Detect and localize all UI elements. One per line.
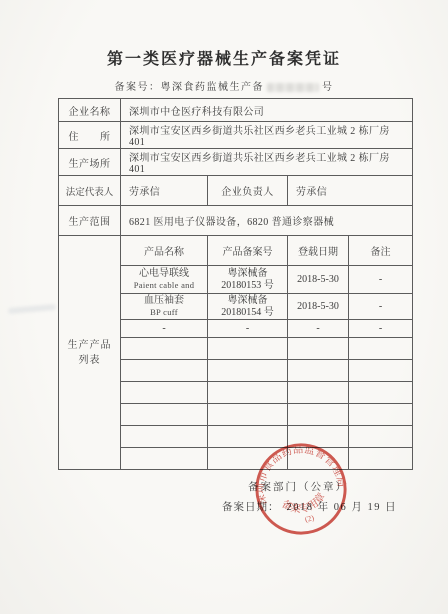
product-name-en: BP cuff: [125, 307, 203, 317]
certificate-page: 第一类医疗器械生产备案凭证 备案号：粤深食药监械生产备号 企业名称 深圳市中仓医…: [0, 0, 448, 614]
empty-cell: [349, 338, 413, 360]
address-label: 住 所: [59, 122, 121, 149]
product-name-cell: -: [121, 320, 208, 338]
product-name-cn: 血压袖套: [125, 295, 203, 307]
empty-cell: [349, 426, 413, 448]
enterprise-manager-label: 企业负责人: [208, 176, 288, 206]
reg-number-suffix: 号: [322, 82, 334, 93]
company-name-label: 企业名称: [59, 99, 121, 122]
empty-cell: [349, 448, 413, 470]
legal-representative-value: 劳承信: [121, 176, 208, 206]
empty-cell: [208, 360, 288, 382]
production-site-row: 生产场所 深圳市宝安区西乡街道共乐社区西乡老兵工业城 2 栋厂房 401: [59, 149, 413, 176]
product-reg-number: 20180153 号: [212, 280, 283, 292]
remarks-cell: -: [349, 320, 413, 338]
legal-representative-label: 法定代表人: [59, 176, 121, 206]
product-name-cell: 心电导联线 Paient cable and: [121, 266, 208, 294]
production-site-label: 生产场所: [59, 149, 121, 176]
empty-cell: [288, 426, 349, 448]
scan-smudge-artifact: [8, 304, 56, 314]
product-reg-no-cell: 粤深械备 20180153 号: [208, 266, 288, 294]
empty-cell: [208, 338, 288, 360]
empty-cell: [121, 382, 208, 404]
product-name-en: Paient cable and: [125, 280, 203, 290]
empty-cell: [121, 448, 208, 470]
reg-number-prefix: 粤深食药监械生产备: [161, 82, 265, 93]
col-header-product-reg-no: 产品备案号: [208, 236, 288, 266]
empty-cell: [121, 360, 208, 382]
address-value: 深圳市宝安区西乡街道共乐社区西乡老兵工业城 2 栋厂房 401: [121, 122, 413, 149]
production-scope-row: 生产范围 6821 医用电子仪器设备，6820 普通诊察器械: [59, 206, 413, 236]
empty-cell: [349, 404, 413, 426]
certificate-table: 企业名称 深圳市中仓医疗科技有限公司 住 所 深圳市宝安区西乡街道共乐社区西乡老…: [58, 98, 413, 470]
record-date-cell: 2018-5-30: [288, 266, 349, 294]
company-name-value: 深圳市中仓医疗科技有限公司: [121, 99, 413, 122]
product-reg-number: 20180154 号: [212, 307, 283, 319]
remarks-cell: -: [349, 294, 413, 320]
product-name-cn: 心电导联线: [125, 268, 203, 280]
filing-department-line: 备案部门（公章）: [248, 479, 348, 494]
production-site-value: 深圳市宝安区西乡街道共乐社区西乡老兵工业城 2 栋厂房 401: [121, 149, 413, 176]
empty-cell: [288, 382, 349, 404]
col-header-remarks: 备注: [349, 236, 413, 266]
production-scope-label: 生产范围: [59, 206, 121, 236]
seal-number: (2): [304, 513, 316, 524]
filing-date-label: 备案日期：: [222, 502, 280, 513]
product-name-cell: 血压袖套 BP cuff: [121, 294, 208, 320]
representatives-row: 法定代表人 劳承信 企业负责人 劳承信: [59, 176, 413, 206]
filing-date-line: 备案日期：2018 年 06 月 19 日: [222, 499, 397, 514]
enterprise-manager-value: 劳承信: [288, 176, 413, 206]
empty-cell: [288, 448, 349, 470]
empty-cell: [349, 360, 413, 382]
col-header-product-name: 产品名称: [121, 236, 208, 266]
record-date-cell: -: [288, 320, 349, 338]
product-reg-prefix: 粤深械备: [212, 268, 283, 280]
production-scope-value: 6821 医用电子仪器设备，6820 普通诊察器械: [121, 206, 413, 236]
filing-date-value: 2018 年 06 月 19 日: [287, 502, 398, 513]
product-list-label-line1: 生产产品: [61, 338, 118, 353]
product-list-label-line2: 列表: [61, 353, 118, 368]
reg-number-redacted: [267, 83, 319, 92]
empty-cell: [121, 426, 208, 448]
product-reg-no-cell: 粤深械备 20180154 号: [208, 294, 288, 320]
empty-cell: [349, 382, 413, 404]
empty-cell: [208, 426, 288, 448]
record-date-cell: 2018-5-30: [288, 294, 349, 320]
empty-cell: [208, 382, 288, 404]
company-name-row: 企业名称 深圳市中仓医疗科技有限公司: [59, 99, 413, 122]
product-reg-no-cell: -: [208, 320, 288, 338]
reg-number-label: 备案号：: [115, 82, 161, 93]
product-list-section-label: 生产产品 列表: [59, 236, 121, 470]
empty-cell: [208, 448, 288, 470]
address-row: 住 所 深圳市宝安区西乡街道共乐社区西乡老兵工业城 2 栋厂房 401: [59, 122, 413, 149]
product-header-row: 生产产品 列表 产品名称 产品备案号 登载日期 备注: [59, 236, 413, 266]
registration-number-line: 备案号：粤深食药监械生产备号: [0, 78, 448, 93]
empty-cell: [121, 404, 208, 426]
remarks-cell: -: [349, 266, 413, 294]
product-reg-prefix: 粤深械备: [212, 295, 283, 307]
empty-cell: [121, 338, 208, 360]
document-title: 第一类医疗器械生产备案凭证: [0, 46, 448, 69]
empty-cell: [288, 404, 349, 426]
empty-cell: [208, 404, 288, 426]
empty-cell: [288, 360, 349, 382]
empty-cell: [288, 338, 349, 360]
col-header-record-date: 登载日期: [288, 236, 349, 266]
